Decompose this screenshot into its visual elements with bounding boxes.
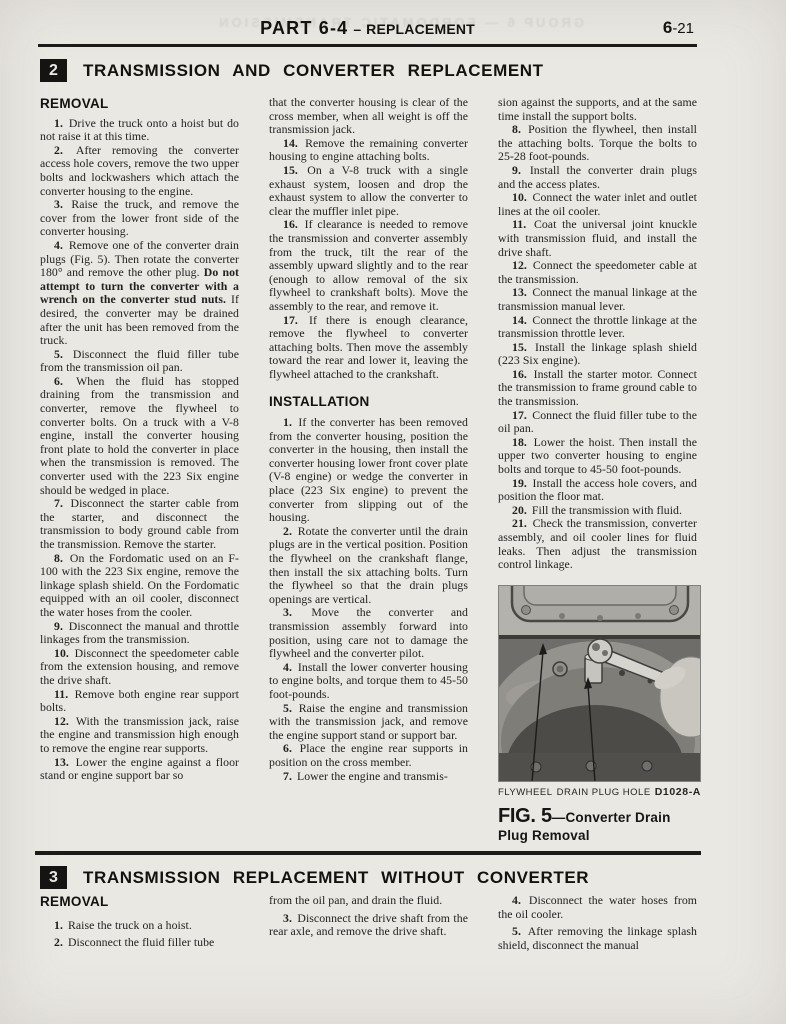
numbered-step: 15. On a V-8 truck with a single exhaust…	[269, 164, 468, 218]
numbered-step: 16. Install the starter motor. Connect t…	[498, 368, 697, 409]
numbered-step: 12. Connect the speedometer cable at the…	[498, 259, 697, 286]
numbered-step: 16. If clearance is needed to remove the…	[269, 218, 468, 313]
numbered-step: 7. Disconnect the starter cable from the…	[40, 497, 239, 551]
numbered-step: 1. Raise the truck on a hoist.	[40, 919, 239, 933]
numbered-step: 18. Lower the hoist. Then install the up…	[498, 436, 697, 477]
page-number-group: 6	[663, 18, 672, 37]
section-3-number-badge: 3	[40, 866, 67, 889]
page-number: 6-21	[663, 18, 694, 38]
numbered-step: 5. Raise the engine and transmission wit…	[269, 702, 468, 743]
numbered-step: 3. Raise the truck, and remove the cover…	[40, 198, 239, 239]
section-2-heading: 2 TRANSMISSION AND CONVERTER REPLACEMENT	[40, 59, 544, 82]
numbered-step: 10. Disconnect the speedometer cable fro…	[40, 647, 239, 688]
numbered-step: 8. On the Fordomatic used on an F-100 wi…	[40, 552, 239, 620]
section-divider-rule	[35, 851, 701, 855]
page-header-title: PART 6-4–REPLACEMENT	[38, 18, 697, 39]
subsection-heading: INSTALLATION	[269, 395, 468, 409]
numbered-step: 3. Move the converter and transmission a…	[269, 606, 468, 660]
header-part-label: PART 6-4	[260, 18, 348, 38]
numbered-step: 21. Check the transmission, converter as…	[498, 517, 697, 571]
page-number-page: -21	[672, 20, 694, 37]
label-drain-plug-hole: DRAIN PLUG HOLE	[557, 787, 651, 798]
numbered-step: 5. Disconnect the fluid filler tube from…	[40, 348, 239, 375]
numbered-step: 14. Connect the throttle linkage at the …	[498, 314, 697, 341]
section-3-column-2: from the oil pan, and drain the fluid.3.…	[269, 894, 468, 994]
figure-caption-number: FIG. 5	[498, 805, 552, 827]
numbered-step: 17. If there is enough clearance, remove…	[269, 314, 468, 382]
continuation-paragraph: sion against the supports, and at the sa…	[498, 96, 697, 123]
numbered-step: 1. If the converter has been removed fro…	[269, 416, 468, 525]
numbered-step: 20. Fill the transmission with fluid.	[498, 504, 697, 518]
numbered-step: 2. Rotate the converter until the drain …	[269, 525, 468, 607]
numbered-step: 12. With the transmission jack, raise th…	[40, 715, 239, 756]
numbered-step: 15. Install the linkage splash shield (2…	[498, 341, 697, 368]
numbered-step: 9. Install the converter drain plugs and…	[498, 164, 697, 191]
section-3-title: TRANSMISSION REPLACEMENT WITHOUT CONVERT…	[83, 868, 589, 888]
section-2-title: TRANSMISSION AND CONVERTER REPLACEMENT	[83, 61, 544, 81]
numbered-step: 13. Connect the manual linkage at the tr…	[498, 286, 697, 313]
numbered-step: 8. Position the flywheel, then install t…	[498, 123, 697, 164]
header-section-label: REPLACEMENT	[366, 21, 475, 37]
numbered-step: 17. Connect the fluid filler tube to the…	[498, 409, 697, 436]
section-2-column-1: REMOVAL1. Drive the truck onto a hoist b…	[40, 96, 239, 848]
figure-code: D1028-A	[655, 786, 701, 798]
numbered-step: 10. Connect the water inlet and outlet l…	[498, 191, 697, 218]
converter-drain-plug-photo	[498, 585, 701, 782]
label-flywheel: FLYWHEEL	[498, 787, 553, 798]
numbered-step: 14. Remove the remaining converter housi…	[269, 137, 468, 164]
numbered-step: 11. Coat the universal joint knuckle wit…	[498, 218, 697, 259]
numbered-step: 13. Lower the engine against a floor sta…	[40, 756, 239, 783]
section-3-heading: 3 TRANSMISSION REPLACEMENT WITHOUT CONVE…	[40, 866, 589, 889]
header-rule	[38, 44, 697, 47]
numbered-step: 6. When the fluid has stopped draining f…	[40, 375, 239, 497]
numbered-step: 19. Install the access hole covers, and …	[498, 477, 697, 504]
numbered-step: 4. Disconnect the water hoses from the o…	[498, 894, 697, 921]
figure-caption: FIG. 5—Converter Drain Plug Removal	[498, 807, 697, 845]
figure-5: FLYWHEEL DRAIN PLUG HOLE D1028-A FIG. 5—…	[498, 585, 701, 845]
section-3-column-1: REMOVAL1. Raise the truck on a hoist.2. …	[40, 894, 239, 994]
section-2-number-badge: 2	[40, 59, 67, 82]
numbered-step: 5. After removing the linkage splash shi…	[498, 925, 697, 952]
figure-labels: FLYWHEEL DRAIN PLUG HOLE D1028-A	[498, 786, 701, 798]
section-2-column-3: sion against the supports, and at the sa…	[498, 96, 697, 574]
numbered-step: 3. Disconnect the drive shaft from the r…	[269, 912, 468, 939]
header-dash: –	[353, 21, 361, 37]
numbered-step: 7. Lower the engine and transmis-	[269, 770, 468, 784]
numbered-step: 2. After removing the converter access h…	[40, 144, 239, 198]
numbered-step: 4. Remove one of the converter drain plu…	[40, 239, 239, 348]
numbered-step: 11. Remove both engine rear support bolt…	[40, 688, 239, 715]
continuation-paragraph: from the oil pan, and drain the fluid.	[269, 894, 468, 908]
numbered-step: 4. Install the lower converter housing t…	[269, 661, 468, 702]
numbered-step: 1. Drive the truck onto a hoist but do n…	[40, 117, 239, 144]
section-3-column-3: 4. Disconnect the water hoses from the o…	[498, 894, 697, 994]
section-2-column-2: that the converter housing is clear of t…	[269, 96, 468, 848]
numbered-step: 9. Disconnect the manual and throttle li…	[40, 620, 239, 647]
numbered-step: 2. Disconnect the fluid filler tube	[40, 936, 239, 950]
subsection-heading: REMOVAL	[40, 895, 239, 909]
manual-page: GROUP 6 — FORDOMATIC TRANSMISSION PART 6…	[0, 0, 786, 1024]
numbered-step: 6. Place the engine rear supports in pos…	[269, 742, 468, 769]
continuation-paragraph: that the converter housing is clear of t…	[269, 96, 468, 137]
figure-caption-dash: —	[552, 810, 566, 825]
subsection-heading: REMOVAL	[40, 97, 239, 111]
